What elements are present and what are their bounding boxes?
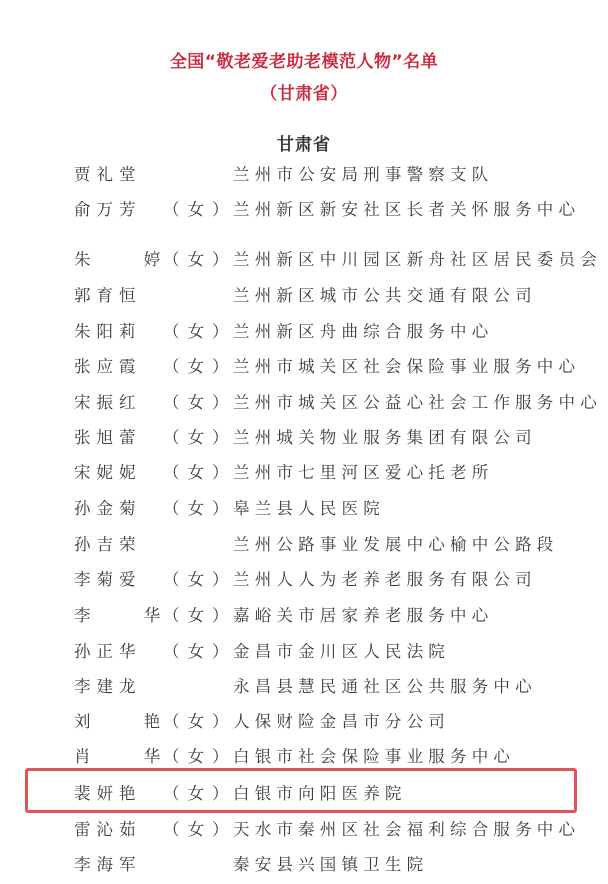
list-item: 李菊爱 （女） 兰州人人为老养老服务有限公司 (0, 565, 608, 595)
list-item: 孙金菊 （女） 皋兰县人民医院 (0, 494, 608, 524)
honoree-name: 贾礼堂 (74, 160, 142, 190)
honoree-name: 李海军 (74, 850, 142, 880)
list-item: 朱阳莉 （女） 兰州新区舟曲综合服务中心 (0, 317, 608, 347)
organization: 兰州市城关区公益心社会工作服务中心 (233, 388, 602, 418)
honoree-name: 张应霞 (74, 352, 142, 382)
gender-note: （女） (163, 601, 237, 631)
organization: 白银市向阳医养院 (233, 779, 407, 809)
honoree-name: 裴妍艳 (74, 779, 142, 809)
document-title: 全国“敬老爱老助老模范人物”名单 (0, 47, 608, 72)
gender-note: （女） (163, 779, 237, 809)
gender-note: （女） (163, 352, 237, 382)
list-item: 刘 艳 （女） 人保财险金昌市分公司 (0, 707, 608, 737)
list-item-highlighted: 裴妍艳 （女） 白银市向阳医养院 (0, 779, 608, 809)
list-item: 李建龙 永昌县慧民通社区公共服务中心 (0, 672, 608, 702)
organization: 兰州新区舟曲综合服务中心 (233, 317, 493, 347)
list-item: 雷沁茹 （女） 天水市秦州区社会福利综合服务中心 (0, 815, 608, 845)
document-subtitle: （甘肃省） (0, 79, 608, 104)
honoree-name: 雷沁茹 (74, 815, 142, 845)
list-item: 孙吉荣 兰州公路事业发展中心榆中公路段 (0, 530, 608, 560)
honoree-name: 朱阳莉 (74, 317, 142, 347)
list-item: 宋振红 （女） 兰州市城关区公益心社会工作服务中心 (0, 388, 608, 418)
honoree-name: 张旭蕾 (74, 423, 142, 453)
honoree-name: 俞万芳 (74, 195, 142, 225)
list-item: 郭育恒 兰州新区城市公共交通有限公司 (0, 281, 608, 311)
list-item: 李海军 秦安县兴国镇卫生院 (0, 850, 608, 880)
honoree-name: 孙吉荣 (74, 530, 142, 560)
gender-note: （女） (163, 494, 237, 524)
list-item: 朱 婷 （女） 兰州新区中川园区新舟社区居民委员会 (0, 245, 608, 275)
honoree-name: 李建龙 (74, 672, 142, 702)
honoree-name: 李菊爱 (74, 565, 142, 595)
gender-note: （女） (163, 388, 237, 418)
organization: 兰州人人为老养老服务有限公司 (233, 565, 537, 595)
gender-note: （女） (163, 707, 237, 737)
organization: 兰州新区中川园区新舟社区居民委员会 (233, 245, 602, 275)
list-item: 宋妮妮 （女） 兰州市七里河区爱心托老所 (0, 458, 608, 488)
gender-note: （女） (163, 195, 237, 225)
gender-note: （女） (163, 317, 237, 347)
organization: 天水市秦州区社会福利综合服务中心 (233, 815, 580, 845)
gender-note: （女） (163, 815, 237, 845)
honoree-name: 孙正华 (74, 637, 142, 667)
gender-note: （女） (163, 458, 237, 488)
organization: 皋兰县人民医院 (233, 494, 385, 524)
organization: 兰州公路事业发展中心榆中公路段 (233, 530, 559, 560)
organization: 秦安县兴国镇卫生院 (233, 850, 428, 880)
organization: 兰州城关物业服务集团有限公司 (233, 423, 537, 453)
honoree-name: 孙金菊 (74, 494, 142, 524)
organization: 兰州市七里河区爱心托老所 (233, 458, 493, 488)
list-item: 孙正华 （女） 金昌市金川区人民法院 (0, 637, 608, 667)
list-item: 贾礼堂 兰州市公安局刑事警察支队 (0, 160, 608, 190)
section-heading: 甘肃省 (0, 130, 608, 155)
gender-note: （女） (163, 565, 237, 595)
gender-note: （女） (163, 245, 237, 275)
list-item: 张应霞 （女） 兰州市城关区社会保险事业服务中心 (0, 352, 608, 382)
list-item: 俞万芳 （女） 兰州新区新安社区长者关怀服务中心 (0, 195, 608, 225)
list-item: 张旭蕾 （女） 兰州城关物业服务集团有限公司 (0, 423, 608, 453)
organization: 兰州市公安局刑事警察支队 (233, 160, 493, 190)
honoree-name: 宋振红 (74, 388, 142, 418)
organization: 嘉峪关市居家养老服务中心 (233, 601, 493, 631)
organization: 兰州新区城市公共交通有限公司 (233, 281, 537, 311)
gender-note: （女） (163, 637, 237, 667)
honoree-name: 郭育恒 (74, 281, 142, 311)
honoree-name: 宋妮妮 (74, 458, 142, 488)
gender-note: （女） (163, 423, 237, 453)
organization: 兰州市城关区社会保险事业服务中心 (233, 352, 580, 382)
organization: 永昌县慧民通社区公共服务中心 (233, 672, 537, 702)
organization: 金昌市金川区人民法院 (233, 637, 450, 667)
organization: 人保财险金昌市分公司 (233, 707, 450, 737)
list-item: 李 华 （女） 嘉峪关市居家养老服务中心 (0, 601, 608, 631)
organization: 兰州新区新安社区长者关怀服务中心 (233, 195, 580, 225)
